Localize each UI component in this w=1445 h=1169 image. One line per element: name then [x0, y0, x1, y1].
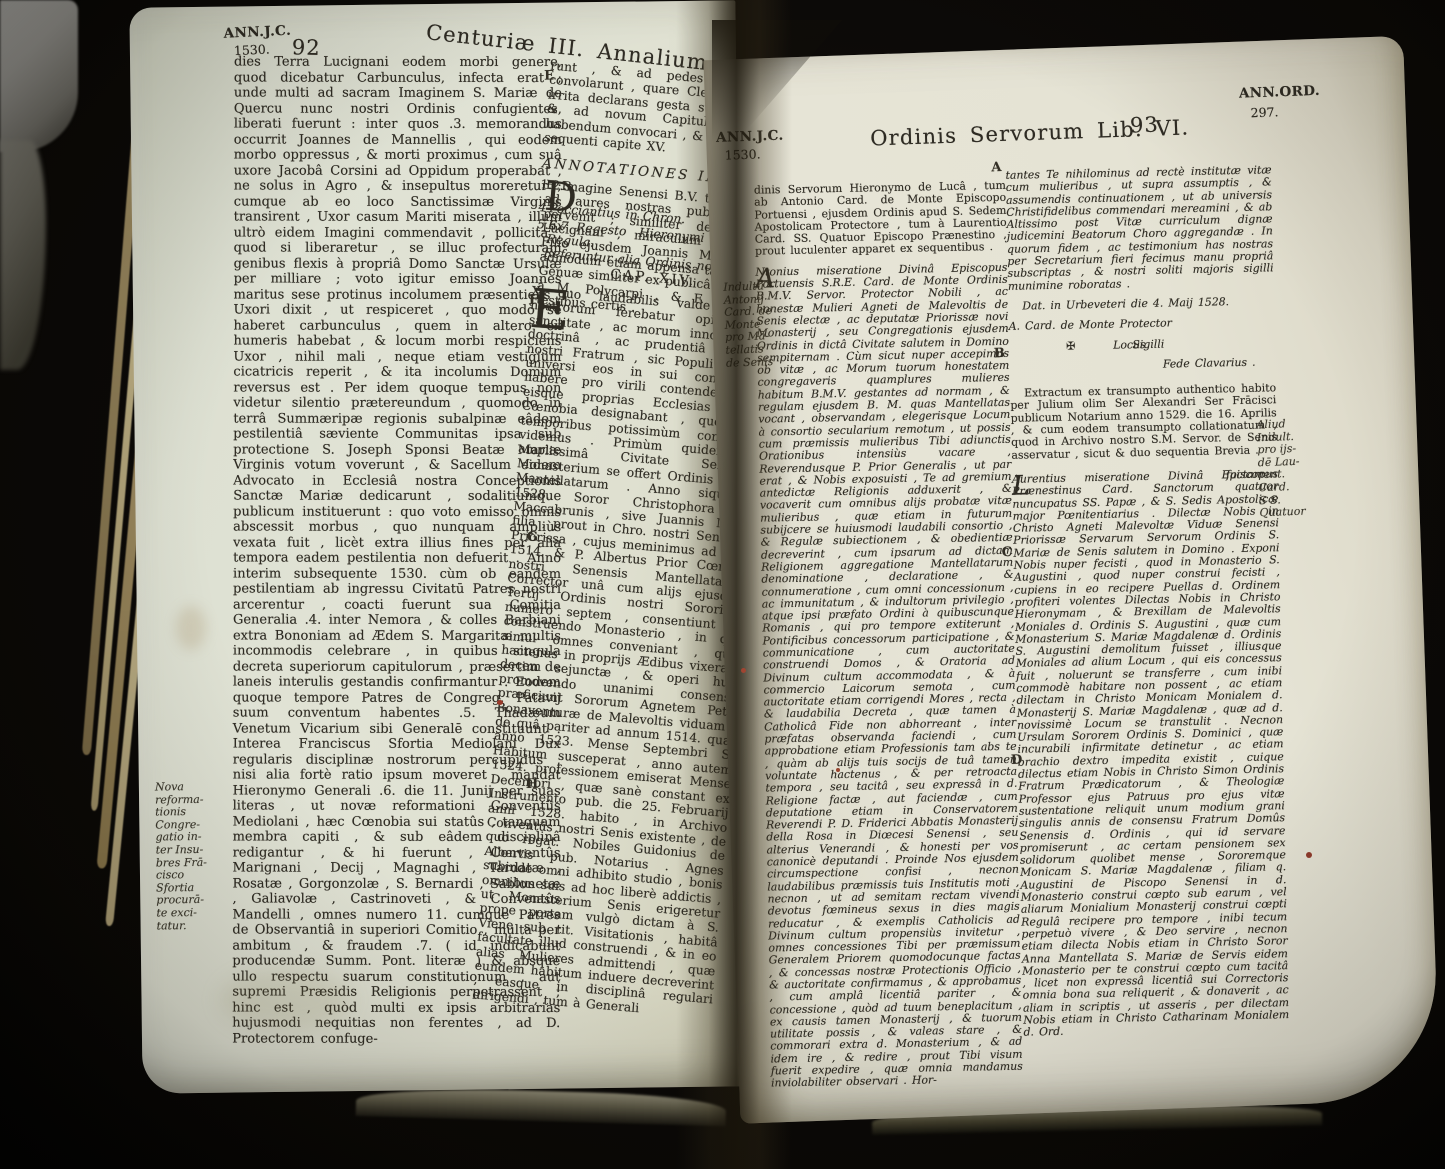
brief-date-line: Dat. in Urbeveteri die 4. Maij 1528.: [1008, 295, 1274, 313]
right-page: ANN.J.C. 1530. Ordinis Servorum Lib. VI.…: [703, 36, 1440, 1124]
brief-text: Ntonius miseratione Divinâ Episcopus Por…: [755, 262, 1023, 1091]
page-bottom-edge: [356, 1086, 727, 1126]
brief-laurentius-paragraph: LAurentius miseratione Divinâ Episcopus …: [1012, 468, 1278, 474]
section-letter-A: A: [991, 160, 1002, 175]
book-photo-scene: ANN.J.C. 1530. 92 Centuriæ III. Annalium…: [0, 0, 1445, 1169]
extract-paragraph: Extractum ex transumpto authentico habit…: [1010, 382, 1277, 461]
brief-antonius-ending: tantes Te nihilominus ad rectè institutæ…: [1005, 164, 1274, 293]
left-margin-year-label: ANN.J.C.: [223, 23, 291, 42]
brief-secretary-signature: Fede Clavarius .: [1009, 356, 1275, 374]
right-column-2: tantes Te nihilominus ad rectè institutæ…: [1005, 164, 1278, 494]
book-board-corner: [0, 0, 78, 152]
ann-ord-number: 297.: [1250, 104, 1278, 120]
brief-antonius-paragraph: ANtonius miseratione Divinâ Episcopus Po…: [755, 262, 1007, 267]
right-page-number: 93: [1130, 112, 1160, 137]
left-margin-note: Nova reforma- tionis Congre- gatio in- t…: [155, 781, 227, 933]
brief-text: Aurentius miseratione Divinâ Episcopus P…: [1012, 468, 1290, 1039]
book-board-edge: [0, 140, 46, 370]
brief-locus-sigilli-line: Locus ✠ Sigilli: [1009, 336, 1275, 354]
left-page: ANN.J.C. 1530. 92 Centuriæ III. Annalium…: [129, 0, 748, 1093]
sigilli-label: Sigilli: [1080, 338, 1164, 352]
gutter-shadow: [676, 0, 792, 1169]
annotation-number: 4: [538, 200, 547, 215]
ann-ord-label: ANN.ORD.: [1239, 83, 1321, 102]
brief-signature-name: A. Card. de Monte Protector: [1009, 316, 1275, 334]
